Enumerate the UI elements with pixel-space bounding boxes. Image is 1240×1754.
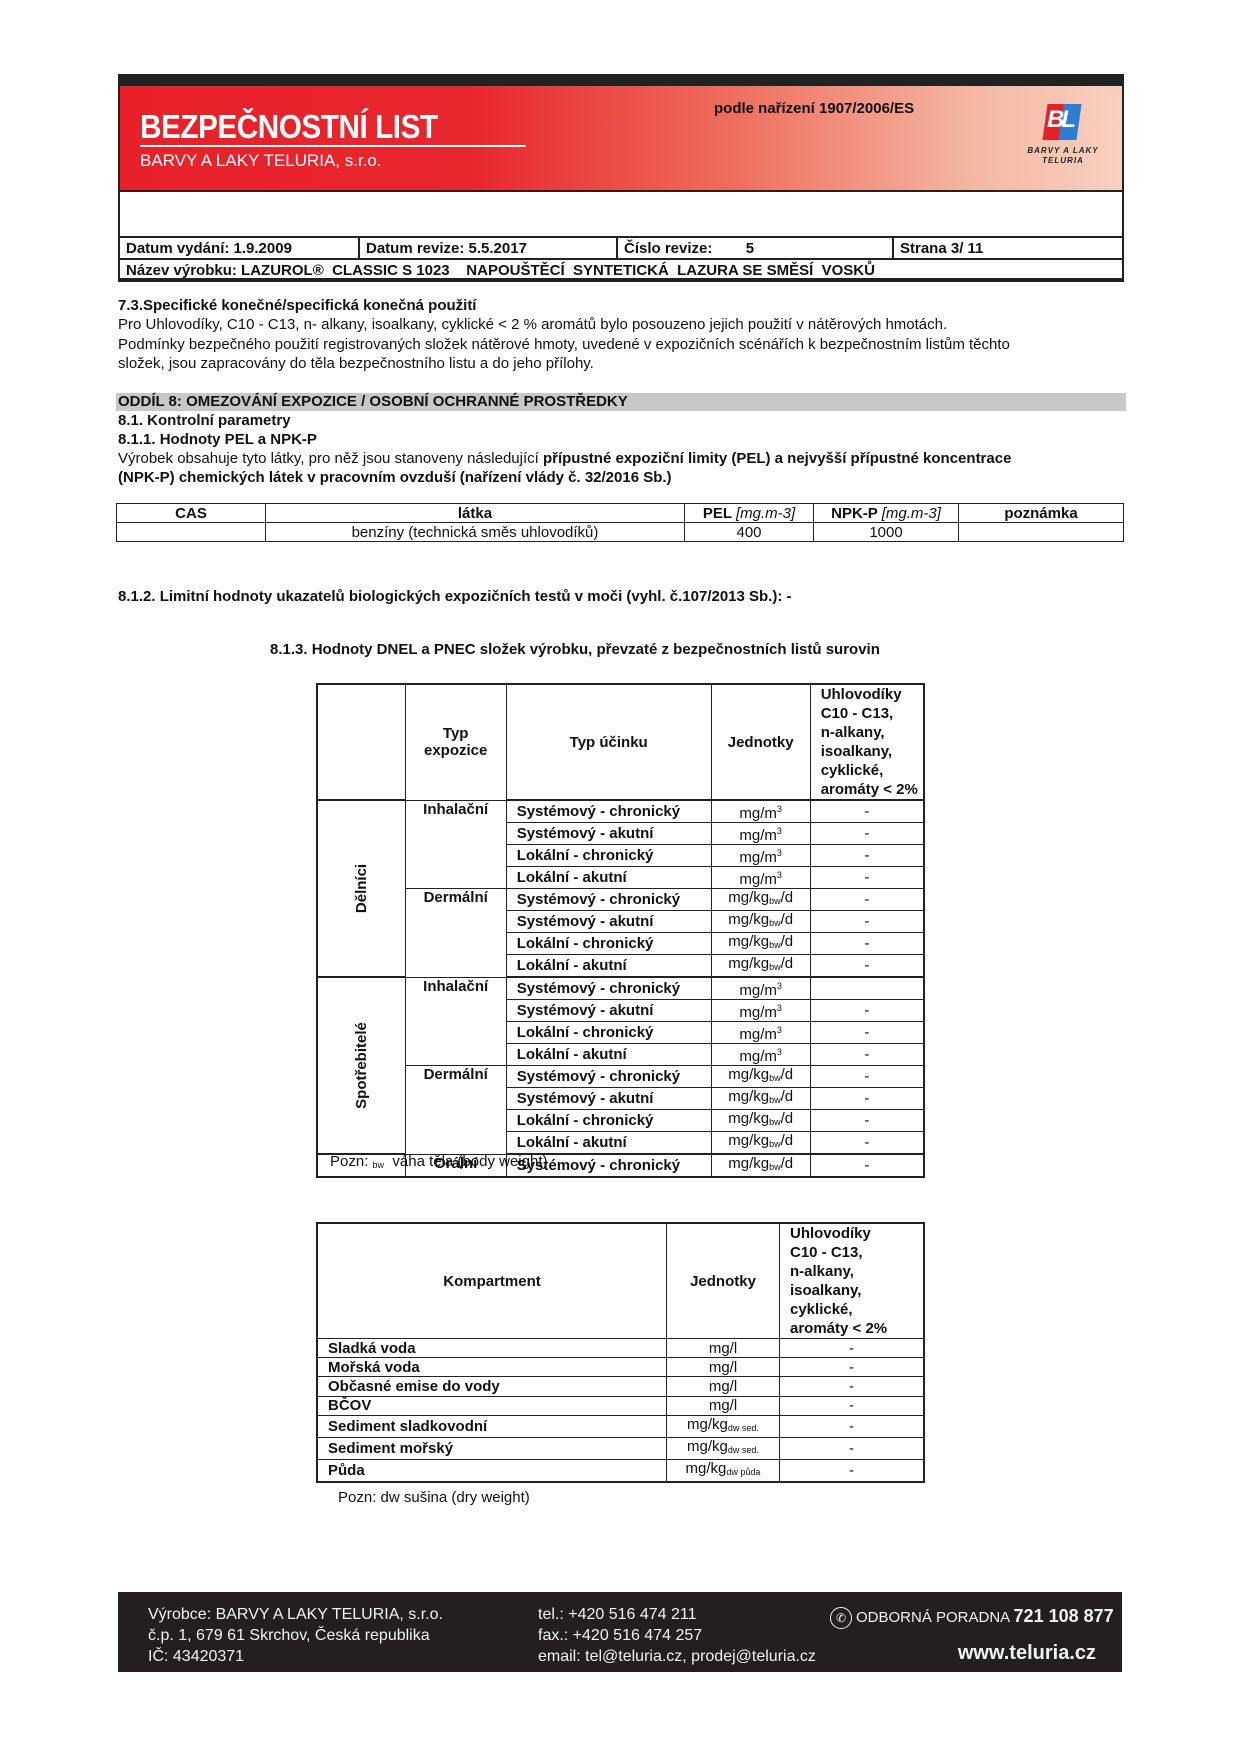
issue-date: Datum vydání: 1.9.2009 xyxy=(119,237,359,259)
cell-compartment: Mořská voda xyxy=(317,1358,667,1377)
company-logo: BL BARVY A LAKY TELURIA xyxy=(1018,100,1108,172)
cell-note xyxy=(959,523,1124,542)
table-row: benzíny (technická směs uhlovodíků)40010… xyxy=(117,523,1124,542)
section-8-1-1-heading: 8.1.1. Hodnoty PEL a NPK-P xyxy=(118,430,317,449)
cell-effect: Lokální - akutní xyxy=(506,955,711,978)
pel-table-header: CAS látka PEL [mg.m-3] NPK-P [mg.m-3] po… xyxy=(117,504,1124,523)
fax-number: fax.: +420 516 474 257 xyxy=(538,1625,816,1646)
cell-effect: Lokální - chronický xyxy=(506,845,711,867)
manufacturer-info: Výrobce: BARVY A LAKY TELURIA, s.r.o. č.… xyxy=(148,1604,443,1667)
cell-effect: Lokální - chronický xyxy=(506,1022,711,1044)
table-row: Občasné emise do vodymg/l- xyxy=(317,1377,924,1396)
cell-unit: mg/l xyxy=(667,1396,780,1415)
cell-unit: mg/m3 xyxy=(711,867,810,889)
header-top-bar xyxy=(120,76,1122,86)
cell-effect: Lokální - akutní xyxy=(506,867,711,889)
exposure-route: Inhalační xyxy=(405,977,506,1066)
cell-value: - xyxy=(810,1000,924,1022)
cell-value xyxy=(810,977,924,1000)
cell-effect: Systémový - akutní xyxy=(506,1000,711,1022)
header-substance: UhlovodíkyC10 - C13,n-alkany,isoalkany,c… xyxy=(810,684,924,800)
cell-value: - xyxy=(810,955,924,978)
cell-value: - xyxy=(810,889,924,911)
cell-value: - xyxy=(780,1459,925,1482)
cell-value: - xyxy=(810,1044,924,1066)
pnec-table: Kompartment Jednotky UhlovodíkyC10 - C13… xyxy=(316,1222,925,1483)
cell-value: - xyxy=(780,1437,925,1459)
cell-value: - xyxy=(810,823,924,845)
header-units: Jednotky xyxy=(711,684,810,800)
cell-value: - xyxy=(780,1377,925,1396)
header-effect-type: Typ účinku xyxy=(506,684,711,800)
header-compartment: Kompartment xyxy=(317,1223,667,1339)
table-row: BČOVmg/l- xyxy=(317,1396,924,1415)
cell-value: - xyxy=(810,1110,924,1132)
cell-effect: Systémový - akutní xyxy=(506,911,711,933)
table-row: Sladká vodamg/l- xyxy=(317,1339,924,1358)
email-link[interactable]: email: tel@teluria.cz, prodej@teluria.cz xyxy=(538,1646,816,1667)
section-8-1-heading: 8.1. Kontrolní parametry xyxy=(118,411,291,430)
logo-mark-icon: BL xyxy=(1043,102,1081,140)
section-7-3-line: složek, jsou zapracovány do těla bezpečn… xyxy=(118,354,594,373)
cell-unit: mg/m3 xyxy=(711,1022,810,1044)
cell-compartment: Občasné emise do vody xyxy=(317,1377,667,1396)
cell-value: - xyxy=(810,800,924,823)
table-row: SpotřebiteléInhalačníSystémový - chronic… xyxy=(317,977,924,1000)
cell-value: - xyxy=(780,1396,925,1415)
cell-value: - xyxy=(810,845,924,867)
logo-text: BARVY A LAKY TELURIA xyxy=(1018,146,1108,166)
cell-value: - xyxy=(810,1066,924,1088)
cell-compartment: Půda xyxy=(317,1459,667,1482)
cell-unit: mg/kgdw sed. xyxy=(667,1437,780,1459)
cell-unit: mg/l xyxy=(667,1339,780,1358)
section-8-heading: ODDÍL 8: OMEZOVÁNÍ EXPOZICE / OSOBNÍ OCH… xyxy=(116,393,1126,411)
cell-unit: mg/kgbw/d xyxy=(711,889,810,911)
cell-value: - xyxy=(780,1358,925,1377)
group-label: Dělníci xyxy=(317,800,405,977)
cell-effect: Systémový - akutní xyxy=(506,823,711,845)
table-row: DermálníSystémový - chronickýmg/kgbw/d- xyxy=(317,1066,924,1088)
contact-info: tel.: +420 516 474 211 fax.: +420 516 47… xyxy=(538,1604,816,1667)
cell-unit: mg/l xyxy=(667,1358,780,1377)
revision-number: Číslo revize: 5 xyxy=(617,237,893,259)
cell-compartment: Sladká voda xyxy=(317,1339,667,1358)
cell-unit: mg/kgbw/d xyxy=(711,1154,810,1177)
company-name: BARVY A LAKY TELURIA, s.r.o. xyxy=(140,151,382,171)
cell-unit: mg/kgbw/d xyxy=(711,933,810,955)
page-number: Strana 3/ 11 xyxy=(893,237,1123,259)
title-underline xyxy=(140,145,526,147)
cell-compartment: Sediment mořský xyxy=(317,1437,667,1459)
cell-value: - xyxy=(810,1154,924,1177)
dnel-note: Pozn: bw váha těla (body weight) xyxy=(330,1152,547,1175)
cell-unit: mg/kgbw/d xyxy=(711,955,810,978)
cell-unit: mg/kgbw/d xyxy=(711,1066,810,1088)
phone-icon: ✆ xyxy=(830,1607,852,1629)
section-8-1-2-heading: 8.1.2. Limitní hodnoty ukazatelů biologi… xyxy=(118,587,792,606)
header-substance: UhlovodíkyC10 - C13,n-alkany,isoalkany,c… xyxy=(780,1223,925,1339)
hotline: ✆ODBORNÁ PORADNA 721 108 877 xyxy=(830,1606,1114,1629)
document-info-table: Datum vydání: 1.9.2009 Datum revize: 5.5… xyxy=(118,236,1124,282)
pel-intro-line2: (NPK-P) chemických látek v pracovním ovz… xyxy=(118,468,672,487)
cell-unit: mg/m3 xyxy=(711,823,810,845)
pel-intro: Výrobek obsahuje tyto látky, pro něž jso… xyxy=(118,449,1011,468)
cell-value: - xyxy=(810,867,924,889)
table-row: DermálníSystémový - chronickýmg/kgbw/d- xyxy=(317,889,924,911)
cell-unit: mg/m3 xyxy=(711,1000,810,1022)
cell-unit: mg/kgdw sed. xyxy=(667,1415,780,1437)
phone-number: tel.: +420 516 474 211 xyxy=(538,1604,816,1625)
cell-effect: Lokální - chronický xyxy=(506,933,711,955)
product-name: Název výrobku: LAZUROL® CLASSIC S 1023 N… xyxy=(119,259,1123,281)
pnec-table-header: Kompartment Jednotky UhlovodíkyC10 - C13… xyxy=(317,1223,924,1339)
table-row: Sediment sladkovodnímg/kgdw sed.- xyxy=(317,1415,924,1437)
cell-cas xyxy=(117,523,266,542)
cell-unit: mg/kgbw/d xyxy=(711,1132,810,1155)
cell-compartment: BČOV xyxy=(317,1396,667,1415)
section-8-1-3-heading: 8.1.3. Hodnoty DNEL a PNEC složek výrobk… xyxy=(270,640,880,659)
exposure-route: Inhalační xyxy=(405,800,506,889)
revision-date: Datum revize: 5.5.2017 xyxy=(359,237,617,259)
table-row: Sediment mořskýmg/kgdw sed.- xyxy=(317,1437,924,1459)
header-units: Jednotky xyxy=(667,1223,780,1339)
table-row: Půdamg/kgdw půda- xyxy=(317,1459,924,1482)
cell-effect: Lokální - akutní xyxy=(506,1044,711,1066)
cell-effect: Systémový - chronický xyxy=(506,977,711,1000)
section-7-3-line: Pro Uhlovodíky, C10 - C13, n- alkany, is… xyxy=(118,315,947,334)
banner-divider xyxy=(120,190,1122,192)
cell-unit: mg/kgbw/d xyxy=(711,911,810,933)
website-link[interactable]: www.teluria.cz xyxy=(958,1642,1096,1665)
cell-npk: 1000 xyxy=(814,523,959,542)
cell-effect: Lokální - akutní xyxy=(506,1132,711,1155)
pel-table: CAS látka PEL [mg.m-3] NPK-P [mg.m-3] po… xyxy=(116,503,1124,542)
cell-unit: mg/m3 xyxy=(711,977,810,1000)
cell-effect: Systémový - akutní xyxy=(506,1088,711,1110)
cell-value: - xyxy=(810,1022,924,1044)
cell-compartment: Sediment sladkovodní xyxy=(317,1415,667,1437)
cell-value: - xyxy=(810,1132,924,1155)
table-row: DělníciInhalačníSystémový - chronickýmg/… xyxy=(317,800,924,823)
group-label: Spotřebitelé xyxy=(317,977,405,1154)
cell-unit: mg/kgdw půda xyxy=(667,1459,780,1482)
cell-pel: 400 xyxy=(685,523,814,542)
cell-unit: mg/m3 xyxy=(711,1044,810,1066)
cell-effect: Systémový - chronický xyxy=(506,889,711,911)
cell-value: - xyxy=(780,1415,925,1437)
dnel-table-header: Typ expozice Typ účinku Jednotky Uhlovod… xyxy=(317,684,924,800)
cell-unit: mg/m3 xyxy=(711,845,810,867)
cell-unit: mg/m3 xyxy=(711,800,810,823)
exposure-route: Dermální xyxy=(405,889,506,978)
cell-value: - xyxy=(810,911,924,933)
cell-unit: mg/l xyxy=(667,1377,780,1396)
cell-effect: Systémový - chronický xyxy=(506,800,711,823)
regulation-reference: podle nařízení 1907/2006/ES xyxy=(714,100,914,117)
document-title: BEZPEČNOSTNÍ LIST xyxy=(140,108,438,146)
cell-unit: mg/kgbw/d xyxy=(711,1110,810,1132)
cell-value: - xyxy=(810,1088,924,1110)
cell-value: - xyxy=(810,933,924,955)
cell-effect: Lokální - chronický xyxy=(506,1110,711,1132)
cell-unit: mg/kgbw/d xyxy=(711,1088,810,1110)
exposure-route: Dermální xyxy=(405,1066,506,1155)
pnec-note: Pozn: dw sušina (dry weight) xyxy=(338,1488,530,1507)
section-7-3-line: Podmínky bezpečného použití registrovaný… xyxy=(118,335,1010,354)
cell-substance: benzíny (technická směs uhlovodíků) xyxy=(266,523,685,542)
section-7-3-heading: 7.3.Specifické konečné/specifická konečn… xyxy=(118,296,476,315)
table-row: Mořská vodamg/l- xyxy=(317,1358,924,1377)
dnel-table: Typ expozice Typ účinku Jednotky Uhlovod… xyxy=(316,683,925,1178)
cell-value: - xyxy=(780,1339,925,1358)
cell-effect: Systémový - chronický xyxy=(506,1066,711,1088)
header-exposure-type: Typ expozice xyxy=(405,684,506,800)
footer: Výrobce: BARVY A LAKY TELURIA, s.r.o. č.… xyxy=(118,1592,1122,1672)
